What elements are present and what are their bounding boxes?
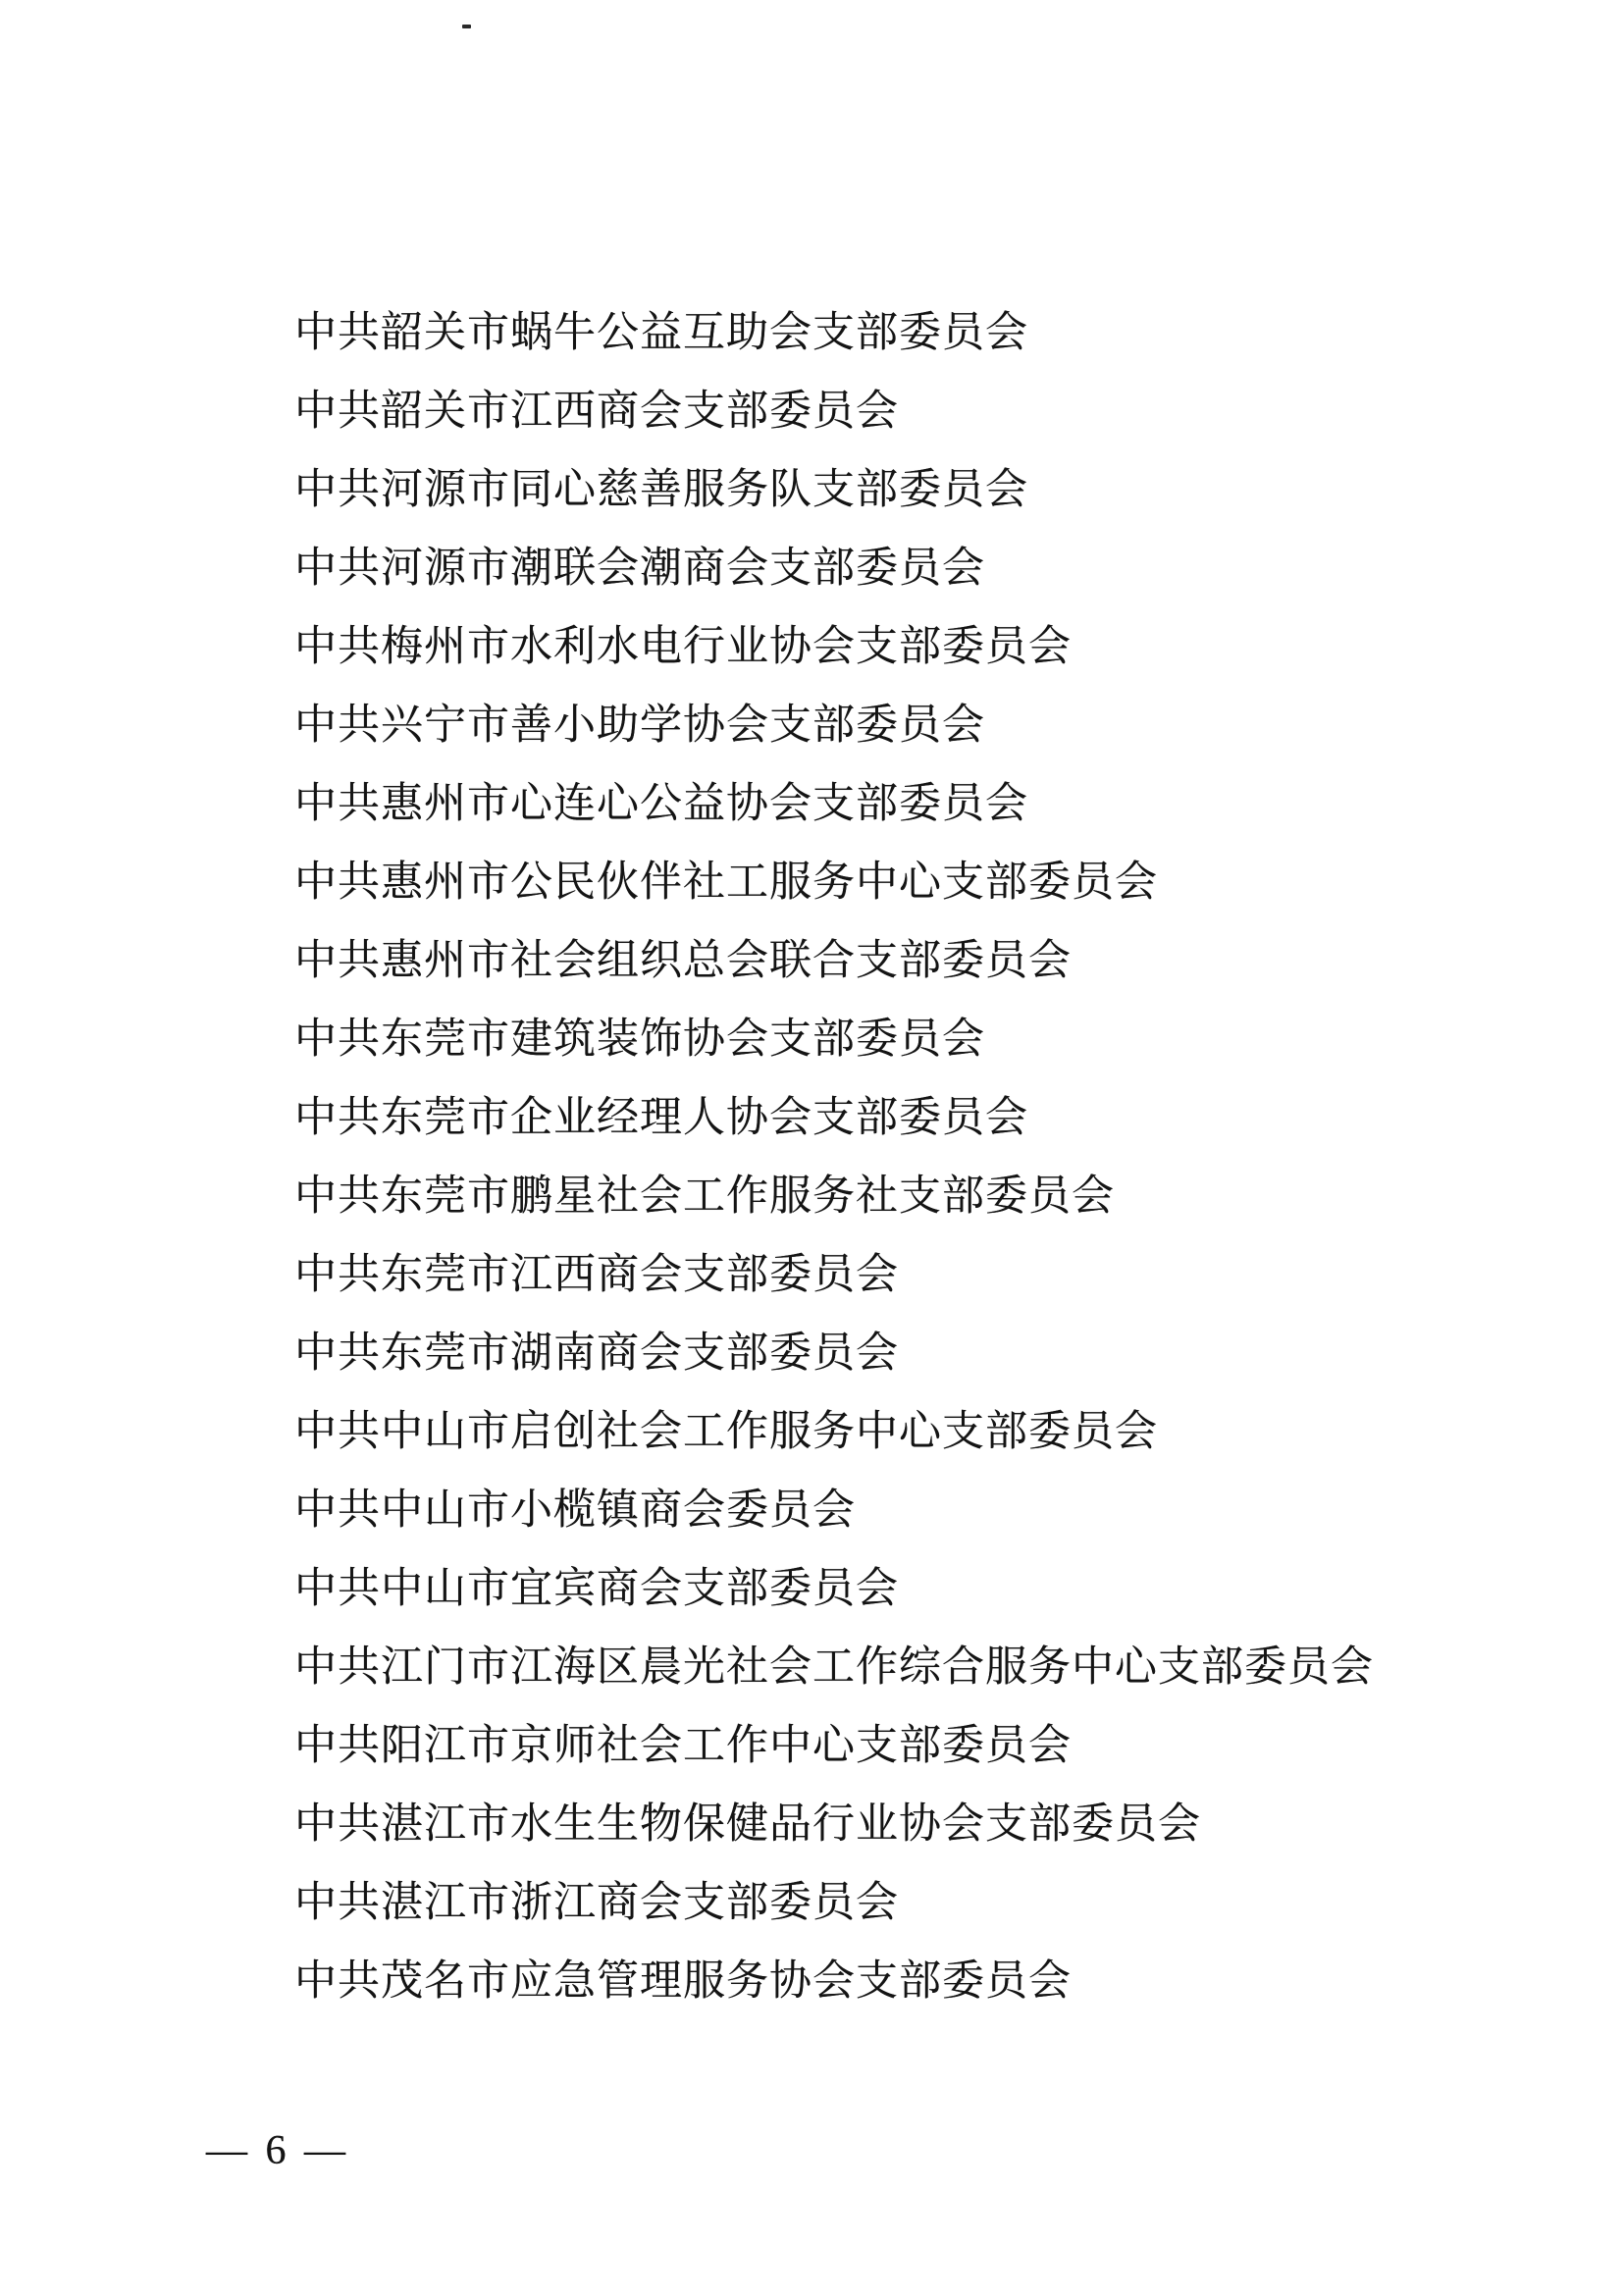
committee-line: 中共惠州市社会组织总会联合支部委员会 xyxy=(294,922,1570,1001)
committee-line: 中共河源市同心慈善服务队支部委员会 xyxy=(294,451,1570,530)
committee-line: 中共东莞市江西商会支部委员会 xyxy=(294,1236,1570,1315)
committee-line: 中共东莞市企业经理人协会支部委员会 xyxy=(294,1079,1570,1158)
scan-artifact-mark xyxy=(462,25,471,28)
committee-list: 中共韶关市蜗牛公益互助会支部委员会中共韶关市江西商会支部委员会中共河源市同心慈善… xyxy=(294,294,1570,2021)
page-number: — 6 — xyxy=(206,2127,349,2174)
committee-line: 中共惠州市心连心公益协会支部委员会 xyxy=(294,765,1570,844)
committee-line: 中共兴宁市善小助学协会支部委员会 xyxy=(294,687,1570,765)
committee-line: 中共江门市江海区晨光社会工作综合服务中心支部委员会 xyxy=(294,1629,1570,1707)
committee-line: 中共湛江市浙江商会支部委员会 xyxy=(294,1864,1570,1943)
committee-line: 中共中山市宜宾商会支部委员会 xyxy=(294,1550,1570,1629)
committee-line: 中共中山市小榄镇商会委员会 xyxy=(294,1472,1570,1550)
committee-line: 中共惠州市公民伙伴社工服务中心支部委员会 xyxy=(294,844,1570,922)
committee-line: 中共韶关市蜗牛公益互助会支部委员会 xyxy=(294,294,1570,373)
committee-line: 中共中山市启创社会工作服务中心支部委员会 xyxy=(294,1393,1570,1472)
committee-line: 中共湛江市水生生物保健品行业协会支部委员会 xyxy=(294,1786,1570,1864)
committee-line: 中共茂名市应急管理服务协会支部委员会 xyxy=(294,1943,1570,2021)
committee-line: 中共梅州市水利水电行业协会支部委员会 xyxy=(294,608,1570,687)
committee-line: 中共东莞市鹏星社会工作服务社支部委员会 xyxy=(294,1158,1570,1236)
scanned-document-page: 中共韶关市蜗牛公益互助会支部委员会中共韶关市江西商会支部委员会中共河源市同心慈善… xyxy=(0,0,1623,2296)
committee-line: 中共阳江市京师社会工作中心支部委员会 xyxy=(294,1707,1570,1786)
committee-line: 中共韶关市江西商会支部委员会 xyxy=(294,373,1570,451)
committee-line: 中共东莞市建筑装饰协会支部委员会 xyxy=(294,1001,1570,1079)
committee-line: 中共河源市潮联会潮商会支部委员会 xyxy=(294,530,1570,608)
committee-line: 中共东莞市湖南商会支部委员会 xyxy=(294,1315,1570,1393)
